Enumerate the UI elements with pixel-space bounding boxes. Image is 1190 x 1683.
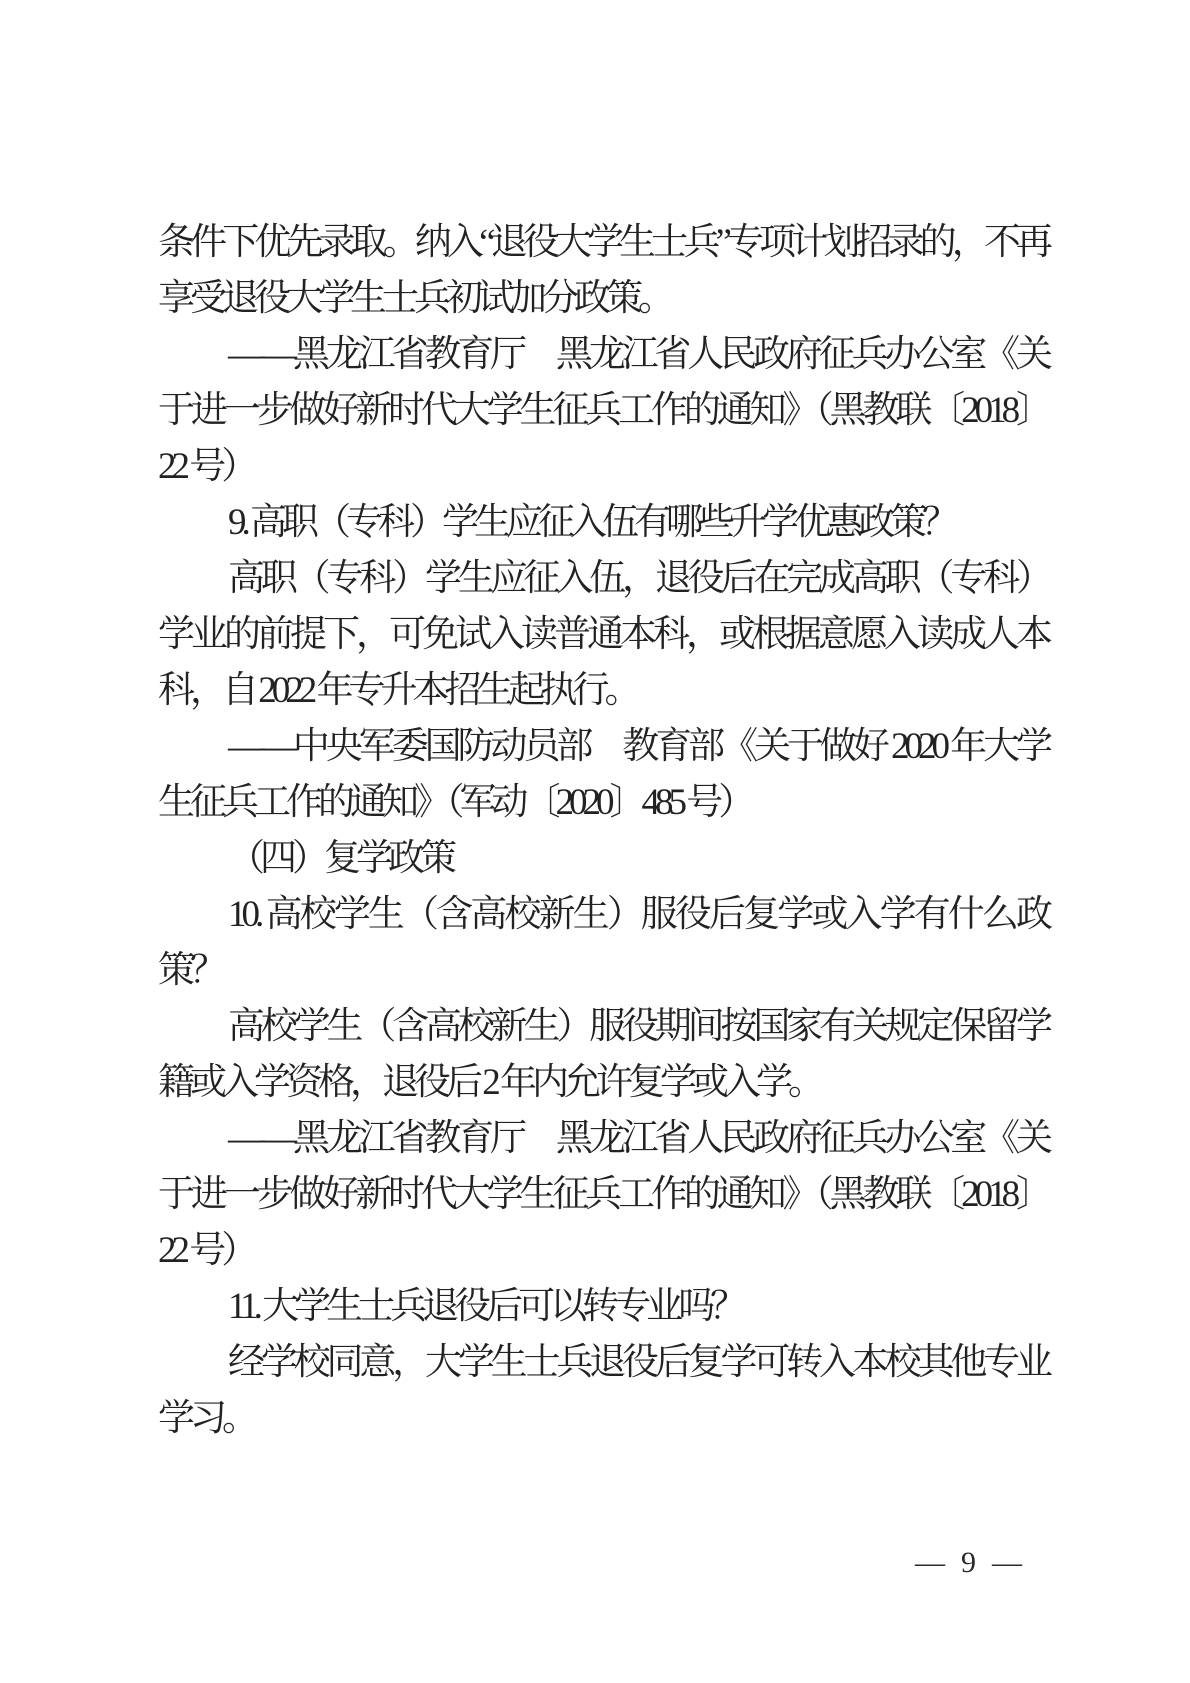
- footer-dash-left: —: [915, 1546, 945, 1580]
- question-11-heading: 11. 大学生士兵退役后可以转专业吗？: [158, 1279, 1048, 1335]
- question-10-heading: 10. 高校学生（含高校新生）服役后复学或入学有什么政策？: [158, 887, 1048, 999]
- paragraph: 高职（专科）学生应征入伍，退役后在完成高职（专科）学业的前提下，可免试入读普通本…: [158, 551, 1048, 719]
- paragraph: 条件下优先录取。纳入“退役大学生士兵”专项计划招录的，不再享受退役大学生士兵初试…: [158, 215, 1048, 327]
- paragraph: 高校学生（含高校新生）服役期间按国家有关规定保留学籍或入学资格，退役后 2 年内…: [158, 999, 1048, 1111]
- page-footer: — 9 —: [915, 1546, 1022, 1580]
- page-number: 9: [961, 1546, 976, 1580]
- document-body: 条件下优先录取。纳入“退役大学生士兵”专项计划招录的，不再享受退役大学生士兵初试…: [158, 215, 1048, 1447]
- paragraph: 经学校同意，大学生士兵退役后复学可转入本校其他专业学习。: [158, 1335, 1048, 1447]
- section-heading: （四）复学政策: [158, 831, 1048, 887]
- document-page: 条件下优先录取。纳入“退役大学生士兵”专项计划招录的，不再享受退役大学生士兵初试…: [0, 0, 1190, 1683]
- question-9-heading: 9. 高职（专科）学生应征入伍有哪些升学优惠政策？: [158, 495, 1048, 551]
- citation-paragraph: ——黑龙江省教育厅 黑龙江省人民政府征兵办公室《关于进一步做好新时代大学生征兵工…: [158, 327, 1048, 495]
- footer-dash-right: —: [992, 1546, 1022, 1580]
- citation-paragraph: ——黑龙江省教育厅 黑龙江省人民政府征兵办公室《关于进一步做好新时代大学生征兵工…: [158, 1111, 1048, 1279]
- citation-paragraph: ——中央军委国防动员部 教育部《关于做好 2020 年大学生征兵工作的通知》（军…: [158, 719, 1048, 831]
